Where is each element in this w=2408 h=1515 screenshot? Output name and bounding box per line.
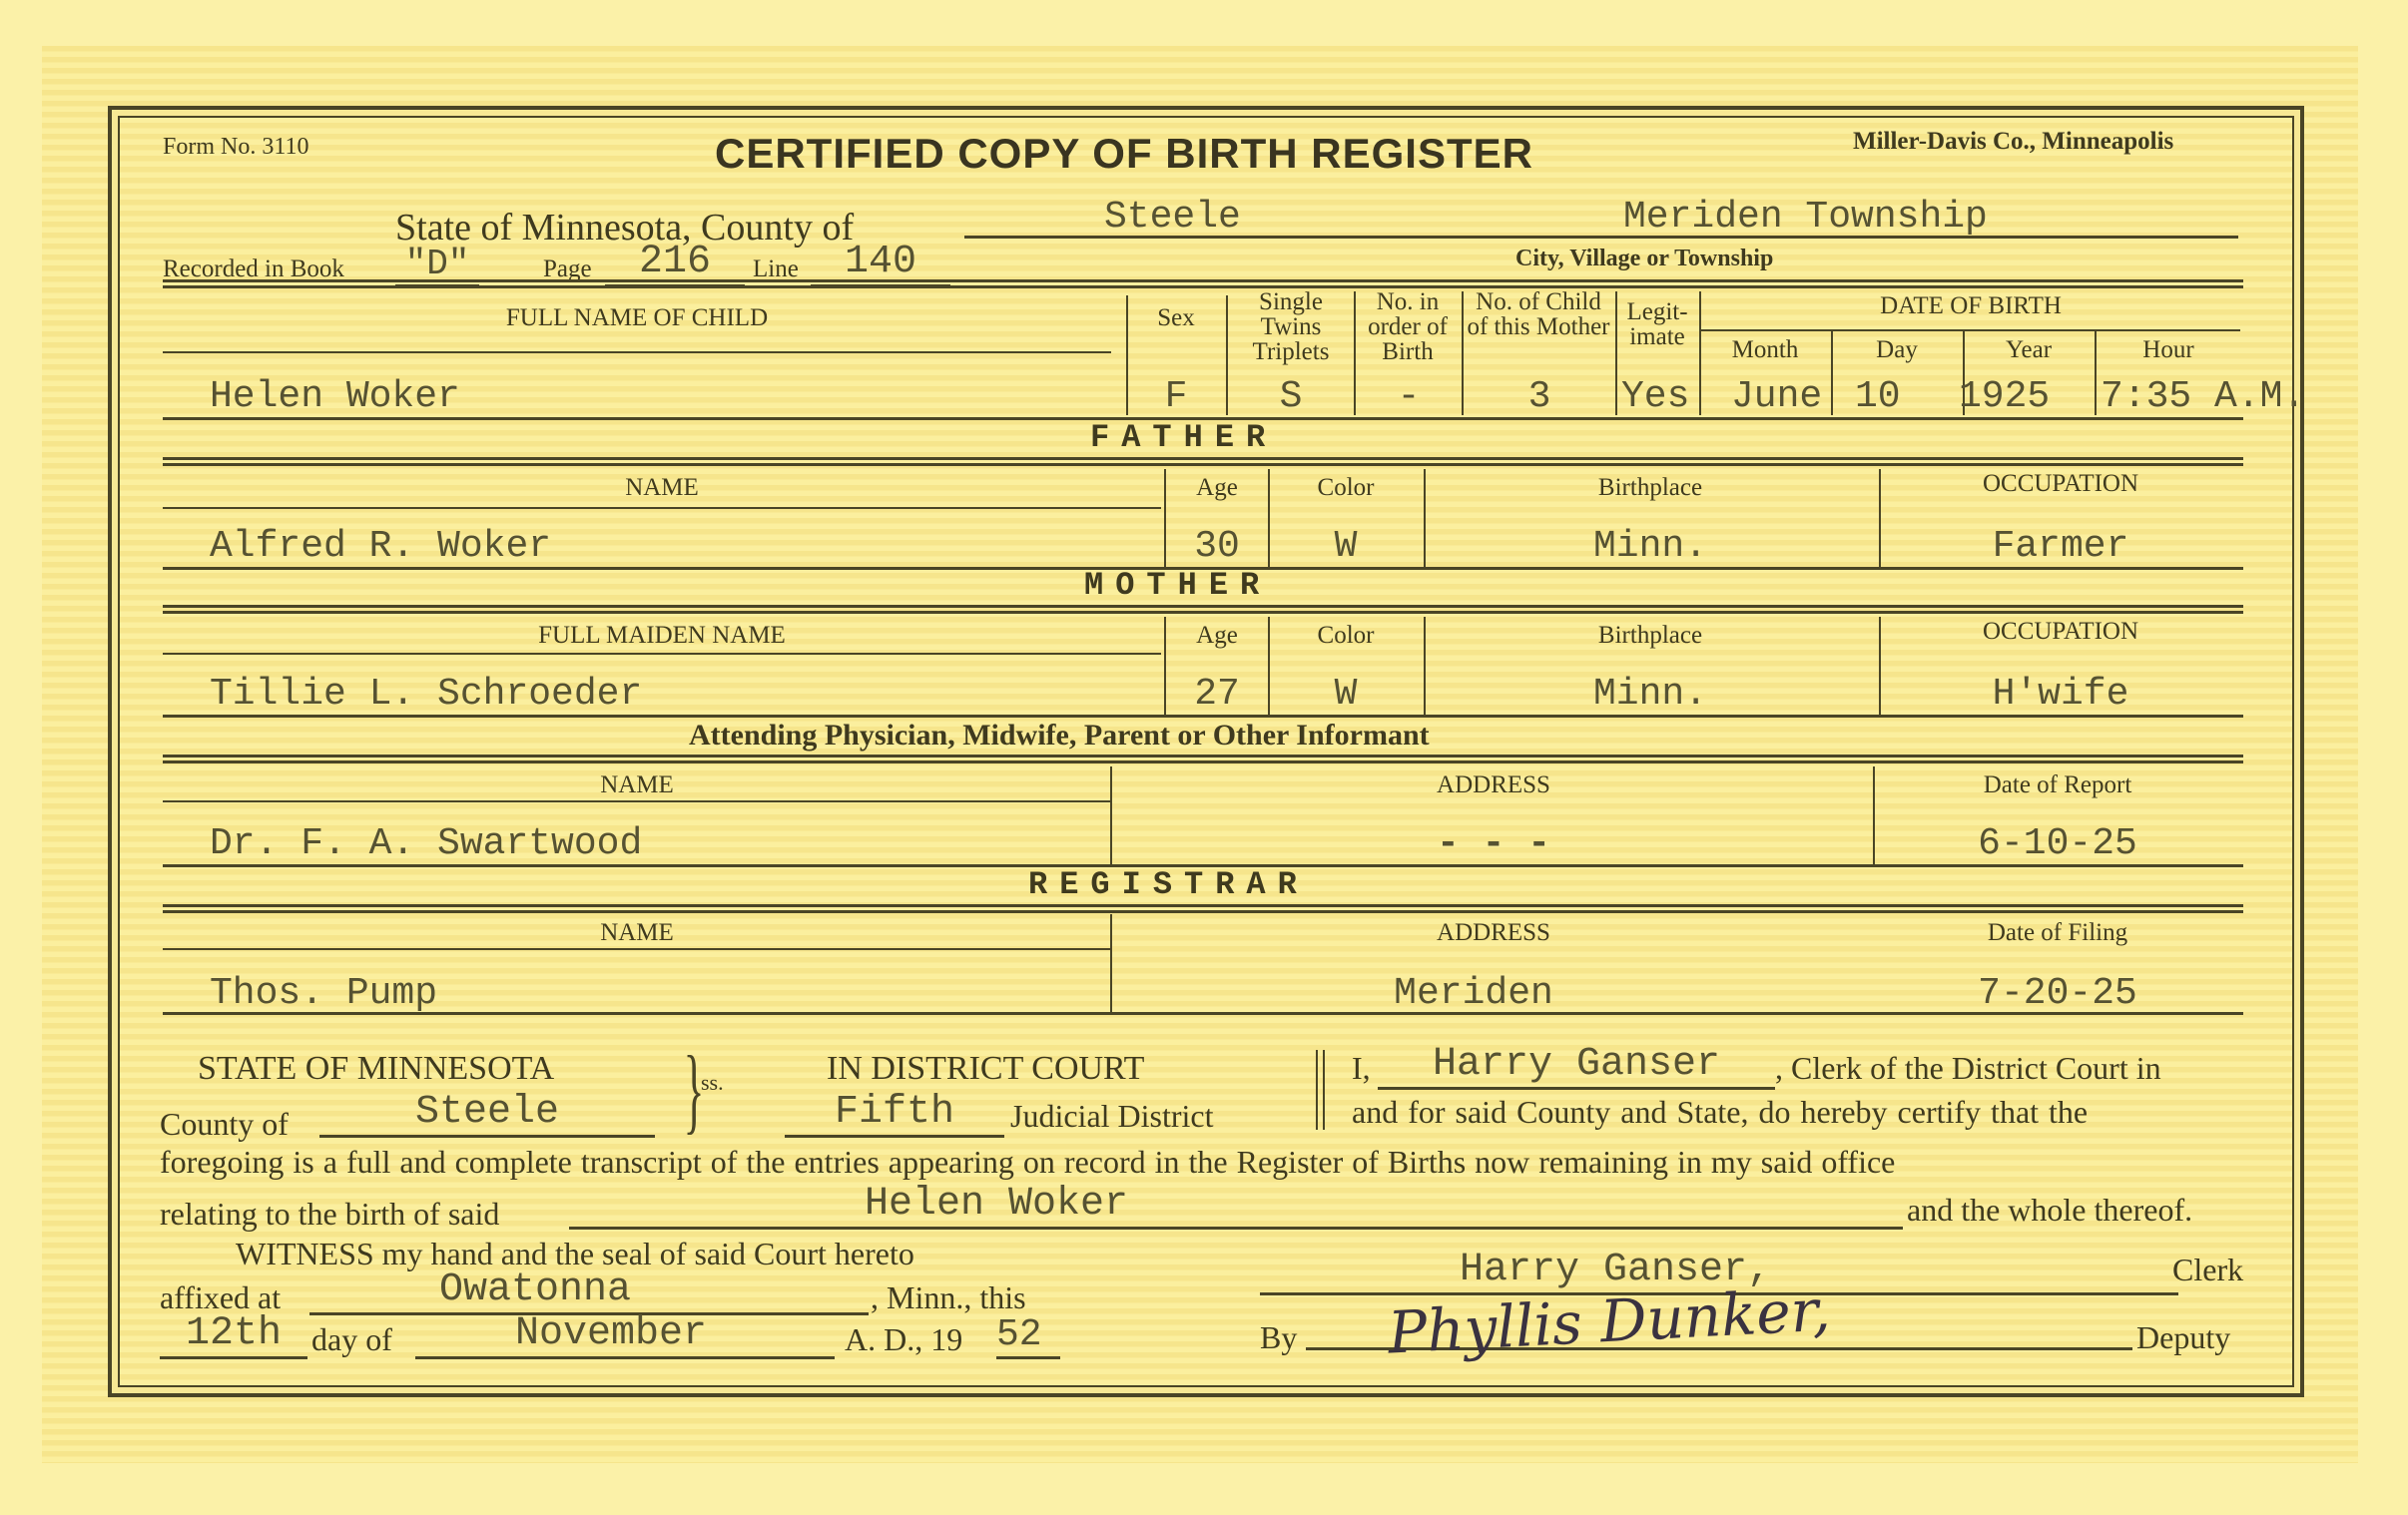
mother-age-header: Age: [1166, 623, 1268, 648]
mother-color: W: [1270, 673, 1422, 716]
father-color-header: Color: [1270, 475, 1422, 500]
registrar-date: 7-20-25: [1875, 972, 2240, 1015]
i-label: I,: [1352, 1050, 1371, 1087]
child-legitimate: Yes: [1621, 375, 1689, 418]
cert-year: 52: [996, 1313, 1060, 1359]
cert-county: Steele: [319, 1090, 655, 1138]
legitimate-header: Legit- imate: [1617, 299, 1697, 349]
registrar-section-title: REGISTRAR: [1028, 866, 1309, 903]
mother-occupation-header: OCCUPATION: [1881, 619, 2240, 644]
form-number: Form No. 3110: [163, 134, 308, 161]
child-name: Helen Woker: [210, 375, 460, 418]
county-value: Steele: [1104, 196, 1241, 239]
informant-name: Dr. F. A. Swartwood: [210, 822, 642, 865]
registrar-address: Meriden: [1114, 972, 1833, 1015]
mother-occupation: H'wife: [1881, 673, 2240, 716]
father-age: 30: [1166, 525, 1268, 568]
year-header: Year: [1965, 337, 2093, 362]
order-header: No. in order of Birth: [1356, 289, 1460, 364]
clerk-text-2: and for said County and State, do hereby…: [1352, 1094, 2088, 1131]
child-plurality: S: [1228, 375, 1354, 418]
sex-header: Sex: [1128, 305, 1224, 330]
registrar-date-header: Date of Filing: [1875, 920, 2240, 945]
informant-section-title: Attending Physician, Midwife, Parent or …: [689, 719, 1430, 753]
mother-name: Tillie L. Schroeder: [210, 673, 642, 716]
mother-birthplace: Minn.: [1426, 673, 1875, 716]
day-of-label: day of: [311, 1321, 392, 1358]
father-birthplace: Minn.: [1426, 525, 1875, 568]
informant-date: 6-10-25: [1875, 822, 2240, 865]
birth-hour: 7:35 A.M.: [2101, 375, 2305, 418]
informant-address-header: ADDRESS: [1114, 772, 1873, 797]
registrar-name-header: NAME: [163, 920, 1111, 945]
mother-age: 27: [1166, 673, 1268, 716]
cert-day: 12th: [160, 1311, 307, 1359]
father-occupation: Farmer: [1881, 525, 2240, 568]
month-header: Month: [1701, 337, 1829, 362]
cert-county-label: County of: [160, 1106, 289, 1143]
ad-label: A. D., 19: [845, 1321, 962, 1358]
ss-label: ss.: [701, 1070, 724, 1096]
deputy-title: Deputy: [2136, 1319, 2230, 1356]
whole-thereof: and the whole thereof.: [1907, 1192, 2192, 1229]
district-value: Fifth: [785, 1090, 1004, 1138]
day-header: Day: [1833, 337, 1961, 362]
father-section-title: FATHER: [1090, 419, 1277, 456]
informant-date-header: Date of Report: [1875, 772, 2240, 797]
registrar-name: Thos. Pump: [210, 972, 437, 1015]
registrar-address-header: ADDRESS: [1114, 920, 1873, 945]
child-order: -: [1356, 375, 1462, 418]
mother-name-header: FULL MAIDEN NAME: [163, 623, 1161, 648]
hour-header: Hour: [2097, 337, 2240, 362]
child-sex: F: [1128, 375, 1224, 418]
birth-day: 10: [1855, 375, 1901, 418]
municipality-label: City, Village or Township: [1515, 246, 1773, 272]
father-color: W: [1270, 525, 1422, 568]
father-name: Alfred R. Woker: [210, 525, 551, 568]
child-number: 3: [1464, 375, 1615, 418]
birth-month: June: [1731, 375, 1822, 418]
child-number-header: No. of Child of this Mother: [1464, 289, 1613, 339]
mother-birthplace-header: Birthplace: [1426, 623, 1875, 648]
clerk-name: Harry Ganser: [1378, 1042, 1775, 1090]
father-birthplace-header: Birthplace: [1426, 475, 1875, 500]
clerk-text-1: , Clerk of the District Court in: [1775, 1050, 2161, 1087]
child-name-header: FULL NAME OF CHILD: [163, 305, 1111, 330]
court-label: IN DISTRICT COURT: [827, 1050, 1144, 1088]
by-label: By: [1260, 1319, 1297, 1356]
relating-label: relating to the birth of said: [160, 1196, 499, 1233]
birth-year: 1925: [1959, 375, 2050, 418]
mother-color-header: Color: [1270, 623, 1422, 648]
informant-name-header: NAME: [163, 772, 1111, 797]
father-occupation-header: OCCUPATION: [1881, 471, 2240, 496]
cert-month: November: [415, 1311, 835, 1359]
minn-this: , Minn., this: [871, 1279, 1026, 1316]
district-label: Judicial District: [1010, 1098, 1214, 1135]
municipality-value: Meriden Township: [1623, 196, 1988, 239]
document-title: CERTIFIED COPY OF BIRTH REGISTER: [715, 130, 1533, 178]
mother-section-title: MOTHER: [1084, 567, 1271, 604]
cert-body-line: foregoing is a full and complete transcr…: [160, 1144, 1895, 1181]
clerk-title: Clerk: [2172, 1252, 2243, 1288]
father-name-header: NAME: [163, 475, 1161, 500]
informant-address: - - -: [1114, 822, 1873, 865]
date-of-birth-header: DATE OF BIRTH: [1701, 293, 2240, 318]
plurality-header: Single Twins Triplets: [1230, 289, 1352, 364]
relating-name: Helen Woker: [569, 1182, 1903, 1230]
father-age-header: Age: [1166, 475, 1268, 500]
place-value: Owatonna: [309, 1267, 869, 1315]
cert-state: STATE OF MINNESOTA: [198, 1050, 554, 1088]
publisher: Miller-Davis Co., Minneapolis: [1853, 128, 2173, 156]
